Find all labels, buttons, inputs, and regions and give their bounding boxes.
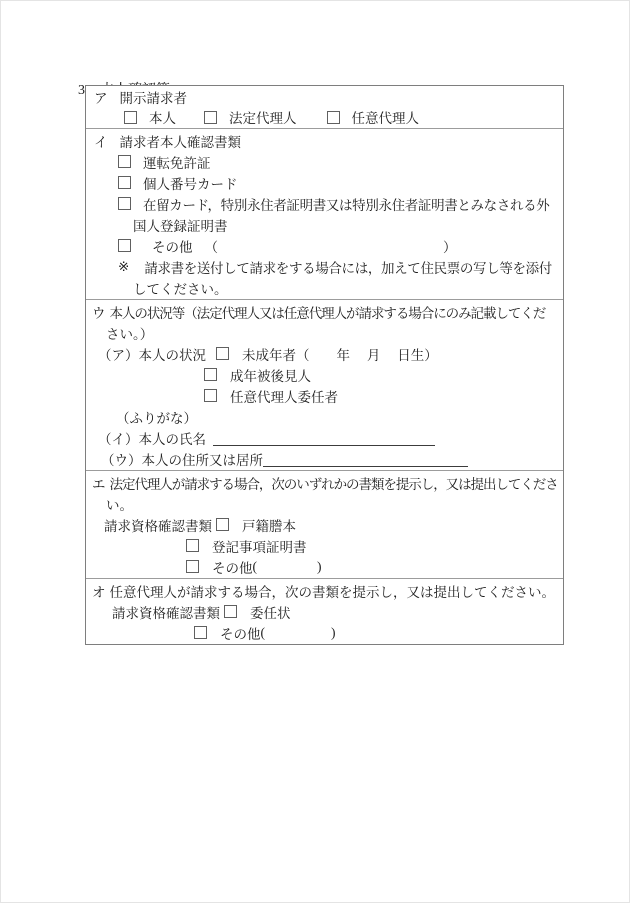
principal-status-label: （ア）本人の状況 xyxy=(98,344,206,364)
drivers-license-checkbox[interactable] xyxy=(118,155,131,168)
residence-card-line-1: 在留カード，特別永住者証明書又は特別永住者証明書とみなされる外 xyxy=(86,193,563,214)
voluntary-qualification-label: 請求資格確認書類 xyxy=(112,602,220,622)
other-document-line: その他 （ ） xyxy=(86,235,563,256)
voluntary-representative-checkbox[interactable] xyxy=(327,111,340,124)
mailing-note-text-line2: してください。 xyxy=(133,278,228,298)
voluntary-other-close-paren: ) xyxy=(331,625,336,641)
legal-other-checkbox[interactable] xyxy=(186,560,199,573)
legal-representative-checkbox[interactable] xyxy=(204,111,217,124)
row-e-title-line-2: い。 xyxy=(86,493,563,514)
registry-certificate-checkbox[interactable] xyxy=(186,539,199,552)
drivers-license-label: 運転免許証 xyxy=(143,152,211,172)
residence-card-label-line2: 国人登録証明書 xyxy=(133,215,228,235)
note-mark: ※ xyxy=(118,259,129,275)
legal-other-input-area[interactable] xyxy=(257,566,317,567)
row-i-title: 請求者本人確認書類 xyxy=(120,131,242,151)
delegator-checkbox[interactable] xyxy=(204,389,217,402)
residence-card-line-2: 国人登録証明書 xyxy=(86,214,563,235)
voluntary-other-label: その他 xyxy=(220,623,261,643)
mynumber-card-label: 個人番号カード xyxy=(143,173,238,193)
family-register-checkbox[interactable] xyxy=(216,518,229,531)
principal-address-label: （ウ）本人の住所又は居所 xyxy=(101,449,263,469)
principal-name-line: （イ）本人の氏名 xyxy=(86,427,563,448)
registry-certificate-label: 登記事項証明書 xyxy=(212,536,307,556)
residence-card-checkbox[interactable] xyxy=(118,197,131,210)
adult-ward-checkbox[interactable] xyxy=(204,368,217,381)
self-label: 本人 xyxy=(149,107,176,127)
row-e-title-line-1: エ 法定代理人が請求する場合，次のいずれかの書類を提示し，又は提出してくださ xyxy=(86,472,563,493)
row-i-label: イ xyxy=(94,131,108,151)
voluntary-representative-label: 任意代理人 xyxy=(352,107,420,127)
row-u-title-line1: 本人の状況等（法定代理人又は任意代理人が請求する場合にのみ記載してくだ xyxy=(110,302,546,322)
voluntary-qualification-line: 請求資格確認書類 委任状 xyxy=(86,601,563,622)
option-self: 本人 xyxy=(124,107,176,127)
row-o-label: オ xyxy=(92,581,106,601)
legal-representative-label: 法定代理人 xyxy=(229,107,297,127)
mailing-note-line-1: ※ 請求書を送付して請求をする場合には，加えて住民票の写し等を添付 xyxy=(86,256,563,277)
registry-certificate-line: 登記事項証明書 xyxy=(86,535,563,556)
principal-name-input-line[interactable] xyxy=(213,429,435,446)
row-principal-status: ウ 本人の状況等（法定代理人又は任意代理人が請求する場合にのみ記載してくだ さい… xyxy=(86,300,563,471)
residence-card-label-line1: 在留カード，特別永住者証明書又は特別永住者証明書とみなされる外 xyxy=(143,194,549,214)
minor-label: 未成年者（ 年 月 日生） xyxy=(242,344,438,364)
row-u-title-line-2: さい。） xyxy=(86,322,563,343)
row-e-label: エ xyxy=(92,473,106,493)
other-document-input-area[interactable] xyxy=(218,245,443,246)
voluntary-other-checkbox[interactable] xyxy=(194,626,207,639)
furigana-line: （ふりがな） xyxy=(86,406,563,427)
adult-ward-line: 成年被後見人 xyxy=(86,364,563,385)
legal-other-label: その他 xyxy=(212,557,253,577)
identity-verification-table: ア 開示請求者 本人 法定代理人 任意代理人 xyxy=(85,85,564,645)
drivers-license-line: 運転免許証 xyxy=(86,151,563,172)
row-legal-representative-documents: エ 法定代理人が請求する場合，次のいずれかの書類を提示し，又は提出してくださ い… xyxy=(86,471,563,579)
row-e-title-line1: 法定代理人が請求する場合，次のいずれかの書類を提示し，又は提出してくださ xyxy=(110,473,558,493)
power-of-attorney-label: 委任状 xyxy=(250,602,291,622)
document-page: 3本人確認等 ア 開示請求者 本人 法定代理人 任意代理人 xyxy=(0,0,630,903)
adult-ward-label: 成年被後見人 xyxy=(230,365,311,385)
legal-other-line: その他 ( ) xyxy=(86,556,563,577)
principal-address-input-line[interactable] xyxy=(263,450,468,467)
row-voluntary-representative-documents: オ 任意代理人が請求する場合，次の書類を提示し，又は提出してください。 請求資格… xyxy=(86,579,563,644)
row-identity-documents: イ 請求者本人確認書類 運転免許証 個人番号カード 在留カード，特別永住者証明書… xyxy=(86,129,563,300)
legal-qualification-label: 請求資格確認書類 xyxy=(104,515,212,535)
principal-name-label: （イ）本人の氏名 xyxy=(98,428,206,448)
other-document-checkbox[interactable] xyxy=(118,239,131,252)
power-of-attorney-checkbox[interactable] xyxy=(224,605,237,618)
principal-status-line: （ア）本人の状況 未成年者（ 年 月 日生） xyxy=(86,343,563,364)
option-voluntary-representative: 任意代理人 xyxy=(327,107,420,127)
family-register-label: 戸籍謄本 xyxy=(242,515,296,535)
other-document-open-paren: （ xyxy=(205,236,219,256)
row-u-label: ウ xyxy=(92,302,106,322)
legal-qualification-line: 請求資格確認書類 戸籍謄本 xyxy=(86,514,563,535)
option-legal-representative: 法定代理人 xyxy=(204,107,297,127)
minor-checkbox[interactable] xyxy=(216,347,229,360)
mailing-note-line-2: してください。 xyxy=(86,277,563,298)
section-number: 3 xyxy=(78,83,85,98)
mailing-note-text-line1: 請求書を送付して請求をする場合には，加えて住民票の写し等を添付 xyxy=(144,257,552,277)
legal-other-close-paren: ) xyxy=(317,559,322,575)
row-a-title: 開示請求者 xyxy=(120,87,188,107)
other-document-label: その他 xyxy=(152,236,193,256)
row-o-title-line: オ 任意代理人が請求する場合，次の書類を提示し，又は提出してください。 xyxy=(86,580,563,601)
requester-options-line: 本人 法定代理人 任意代理人 xyxy=(86,107,563,127)
voluntary-other-input-area[interactable] xyxy=(265,632,331,633)
self-checkbox[interactable] xyxy=(124,111,137,124)
row-disclosure-requester: ア 開示請求者 本人 法定代理人 任意代理人 xyxy=(86,86,563,129)
principal-address-line: （ウ）本人の住所又は居所 xyxy=(86,448,563,469)
mynumber-card-checkbox[interactable] xyxy=(118,176,131,189)
row-a-title-line: ア 開示請求者 xyxy=(86,87,563,107)
row-i-title-line: イ 請求者本人確認書類 xyxy=(86,130,563,151)
furigana-label: （ふりがな） xyxy=(116,407,197,427)
row-e-title-line2: い。 xyxy=(106,494,133,514)
row-u-title-line2: さい。） xyxy=(106,323,153,343)
row-o-title: 任意代理人が請求する場合，次の書類を提示し，又は提出してください。 xyxy=(110,581,556,601)
delegator-label: 任意代理人委任者 xyxy=(230,386,338,406)
mynumber-card-line: 個人番号カード xyxy=(86,172,563,193)
voluntary-other-line: その他 ( ) xyxy=(86,622,563,643)
other-document-close-paren: ） xyxy=(443,236,457,256)
row-u-title-line-1: ウ 本人の状況等（法定代理人又は任意代理人が請求する場合にのみ記載してくだ xyxy=(86,301,563,322)
delegator-line: 任意代理人委任者 xyxy=(86,385,563,406)
row-a-label: ア xyxy=(94,87,108,107)
